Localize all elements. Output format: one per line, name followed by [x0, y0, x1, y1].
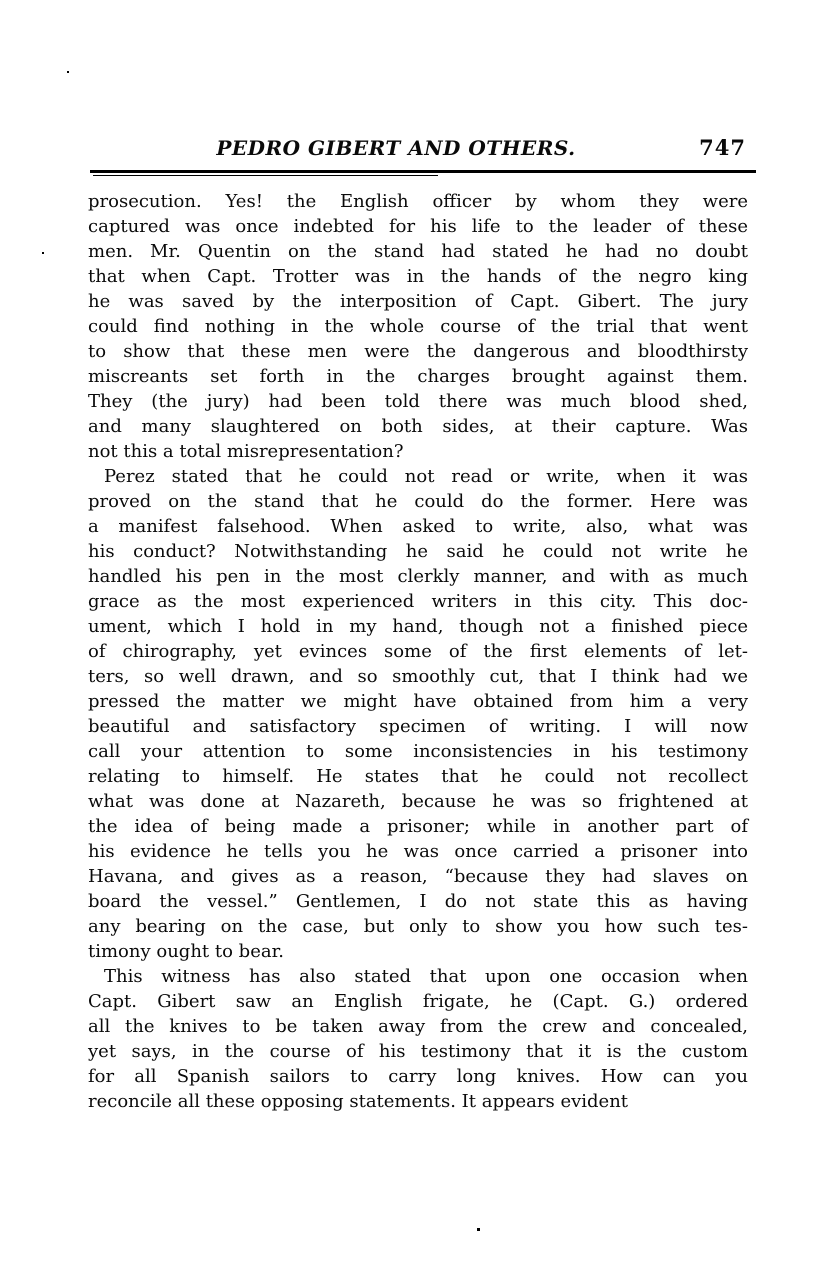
running-title: PEDRO GIBERT AND OTHERS. [66, 136, 726, 160]
text-line: Havana, and gives as a reason, “because … [88, 864, 748, 889]
header-rule [90, 170, 756, 173]
text-line: reconcile all these opposing statements.… [88, 1089, 748, 1114]
book-page: PEDRO GIBERT AND OTHERS. 747 prosecution… [0, 0, 836, 1284]
text-line: handled his pen in the most clerkly mann… [88, 564, 748, 589]
page-number: 747 [699, 135, 746, 160]
text-line: to show that these men were the dangerou… [88, 339, 748, 364]
text-line: relating to himself. He states that he c… [88, 764, 748, 789]
text-line: board the vessel.” Gentlemen, I do not s… [88, 889, 748, 914]
text-line: he was saved by the interposition of Cap… [88, 289, 748, 314]
text-line: his evidence he tells you he was once ca… [88, 839, 748, 864]
text-line: of chirography, yet evinces some of the … [88, 639, 748, 664]
text-line: a manifest falsehood. When asked to writ… [88, 514, 748, 539]
text-line: Perez stated that he could not read or w… [88, 464, 748, 489]
text-line: proved on the stand that he could do the… [88, 489, 748, 514]
text-line: what was done at Nazareth, because he wa… [88, 789, 748, 814]
text-line: Capt. Gibert saw an English frigate, he … [88, 989, 748, 1014]
text-line: men. Mr. Quentin on the stand had stated… [88, 239, 748, 264]
scan-speck [42, 252, 44, 254]
text-line: all the knives to be taken away from the… [88, 1014, 748, 1039]
text-line: any bearing on the case, but only to sho… [88, 914, 748, 939]
text-line: his conduct? Notwithstanding he said he … [88, 539, 748, 564]
text-line: timony ought to bear. [88, 939, 748, 964]
text-line: prosecution. Yes! the English officer by… [88, 189, 748, 214]
text-line: miscreants set forth in the charges brou… [88, 364, 748, 389]
text-line: for all Spanish sailors to carry long kn… [88, 1064, 748, 1089]
text-line: beautiful and satisfactory specimen of w… [88, 714, 748, 739]
text-line: call your attention to some inconsistenc… [88, 739, 748, 764]
text-line: and many slaughtered on both sides, at t… [88, 414, 748, 439]
text-line: not this a total misrepresentation? [88, 439, 748, 464]
text-line: yet says, in the course of his testimony… [88, 1039, 748, 1064]
header-rule-echo [93, 175, 438, 176]
text-line: pressed the matter we might have obtaine… [88, 689, 748, 714]
text-line: that when Capt. Trotter was in the hands… [88, 264, 748, 289]
text-line: They (the jury) had been told there was … [88, 389, 748, 414]
text-line: ument, which I hold in my hand, though n… [88, 614, 748, 639]
scan-speck [477, 1228, 480, 1231]
text-line: could find nothing in the whole course o… [88, 314, 748, 339]
text-line: grace as the most experienced writers in… [88, 589, 748, 614]
text-line: the idea of being made a prisoner; while… [88, 814, 748, 839]
text-line: ters, so well drawn, and so smoothly cut… [88, 664, 748, 689]
text-line: This witness has also stated that upon o… [88, 964, 748, 989]
text-line: captured was once indebted for his life … [88, 214, 748, 239]
scan-speck [67, 71, 69, 73]
text-block: prosecution. Yes! the English officer by… [88, 189, 748, 1114]
page-header: PEDRO GIBERT AND OTHERS. 747 [88, 136, 748, 164]
